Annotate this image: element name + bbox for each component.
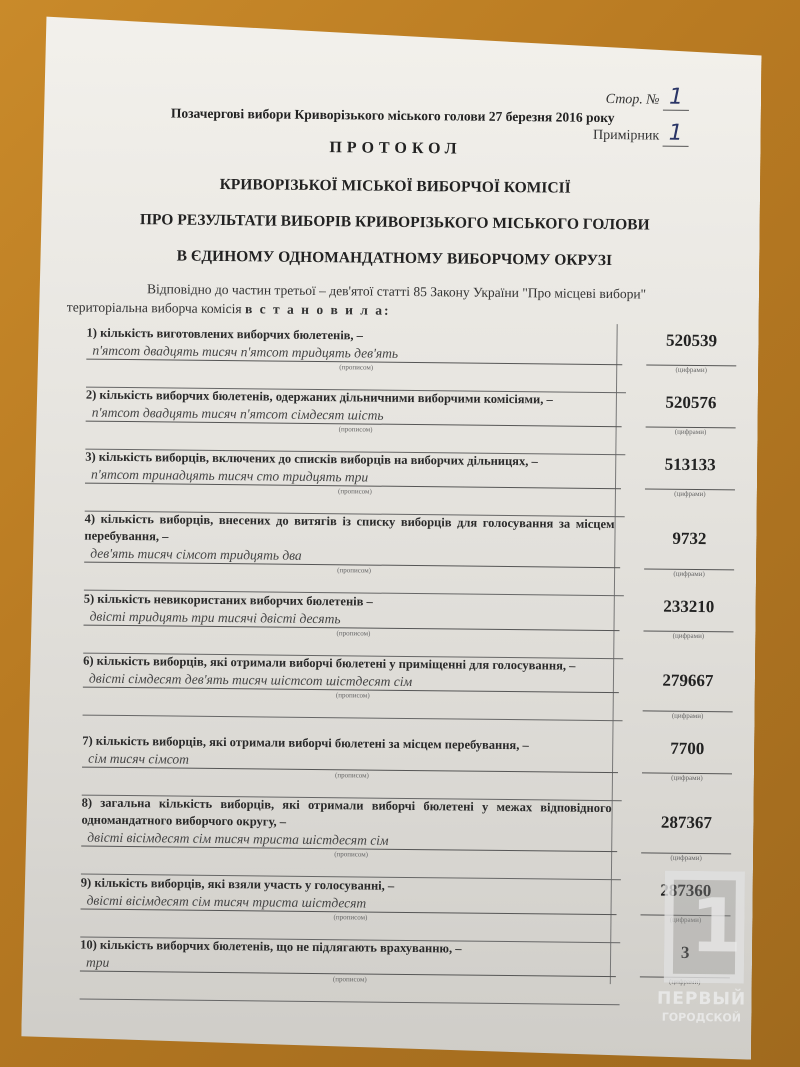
result-item: 10) кількість виборчих бюлетенів, що не …	[80, 937, 741, 1006]
digits-caption: (цифрами)	[645, 488, 735, 498]
intro-text-2: територіальна виборча комісія	[67, 299, 245, 316]
result-item: 1) кількість виготовлених виборчих бюлет…	[86, 325, 747, 394]
digits-caption: (цифрами)	[642, 772, 732, 782]
item-value-digits: 520576	[646, 392, 736, 413]
watermark-logo: 1 ПЕРВЫЙ ГОРОДСКОЙ	[655, 871, 749, 1042]
result-item: 4) кількість виборців, внесених до витяг…	[84, 511, 745, 598]
item-value-digits: 513133	[645, 454, 735, 475]
item-label: 4) кількість виборців, внесених до витяг…	[84, 511, 614, 551]
result-item: 5) кількість невикористаних виборчих бюл…	[83, 591, 744, 660]
heading-commission: КРИВОРІЗЬКОЇ МІСЬКОЇ ВИБОРЧОЇ КОМІСІЇ	[30, 174, 760, 200]
intro-established: в с т а н о в и л а:	[245, 301, 391, 318]
digits-caption: (цифрами)	[643, 710, 733, 720]
watermark-text-2: ГОРОДСКОЙ	[655, 1011, 747, 1025]
item-value-digits: 287367	[641, 812, 731, 833]
digits-caption: (цифрами)	[641, 852, 731, 862]
heading-district: В ЄДИНОМУ ОДНОМАНДАТНОМУ ВИБОРЧОМУ ОКРУЗ…	[29, 246, 759, 272]
page-number-value: 1	[663, 85, 689, 111]
result-item: 7) кількість виборців, які отримали вибо…	[82, 733, 743, 802]
item-value-digits: 9732	[644, 528, 734, 549]
logo-one-icon: 1	[690, 889, 742, 964]
result-item: 2) кількість виборчих бюлетенів, одержан…	[85, 387, 746, 456]
protocol-document: Стор. № 1 Позачергові вибори Криворізько…	[21, 6, 762, 1060]
page-number: Стор. № 1	[606, 84, 690, 110]
page-number-label: Стор. №	[606, 92, 660, 108]
result-item: 3) кількість виборців, включених до спис…	[85, 449, 746, 518]
item-value-digits: 233210	[644, 596, 734, 617]
digits-caption: (цифрами)	[643, 630, 733, 640]
item-separator	[80, 999, 620, 1006]
results-list: 1) кількість виготовлених виборчих бюлет…	[80, 325, 747, 1006]
result-item: 6) кількість виборців, які отримали вибо…	[82, 653, 743, 740]
watermark-text-1: ПЕРВЫЙ	[656, 989, 748, 1010]
heading-results: ПРО РЕЗУЛЬТАТИ ВИБОРІВ КРИВОРІЗЬКОГО МІС…	[30, 210, 760, 236]
item-separator	[83, 715, 623, 722]
result-item: 9) кількість виборців, які взяли участь …	[80, 875, 741, 944]
item-value-digits: 7700	[642, 738, 732, 759]
item-value-digits: 279667	[643, 670, 733, 691]
result-item: 8) загальна кількість виборців, які отри…	[81, 795, 742, 882]
intro-paragraph: Відповідно до частин третьої – дев'ятої …	[107, 279, 727, 323]
item-label: 8) загальна кількість виборців, які отри…	[81, 795, 611, 835]
digits-caption: (цифрами)	[644, 568, 734, 578]
election-subtitle: Позачергові вибори Криворізького міськог…	[171, 105, 615, 126]
item-value-digits: 520539	[646, 330, 736, 351]
digits-caption: (цифрами)	[646, 364, 736, 374]
digits-caption: (цифрами)	[646, 426, 736, 436]
